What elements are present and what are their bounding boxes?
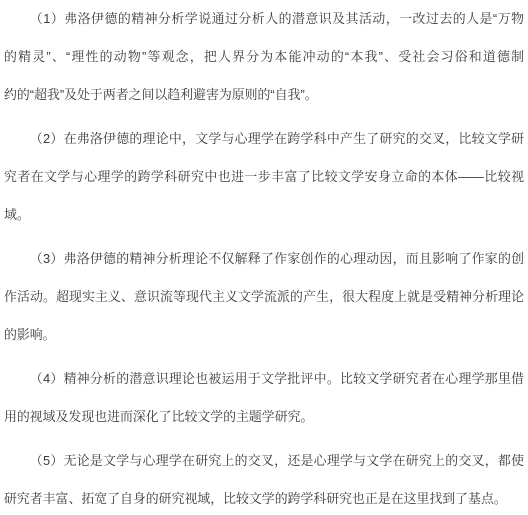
paragraph-2-line-2: 究者在文学与心理学的跨学科研究中也进一步丰富了比较文学安身立命的本体——比较视 — [4, 158, 524, 196]
paragraph-4-line-2: 用的视域及发现也进而深化了比较文学的主题学研究。 — [4, 398, 524, 436]
paragraph-2-line-1: （2）在弗洛伊德的理论中，文学与心理学在跨学科中产生了研究的交叉，比较文学研 — [4, 120, 524, 158]
paragraph-3-line-2: 作活动。超现实主义、意识流等现代主义文学流派的产生，很大程度上就是受精神分析理论 — [4, 278, 524, 316]
paragraph-5-line-2: 研究者丰富、拓宽了自身的研究视域，比较文学的跨学科研究也正是在这里找到了基点。 — [4, 480, 524, 515]
paragraph-4: （4）精神分析的潜意识理论也被运用于文学批评中。比较文学研究者在心理学那里借 用… — [4, 360, 524, 436]
paragraph-2: （2）在弗洛伊德的理论中，文学与心理学在跨学科中产生了研究的交叉，比较文学研 究… — [4, 120, 524, 234]
paragraph-3-line-3: 的影响。 — [4, 316, 524, 354]
paragraph-1-line-3: 约的“超我”及处于两者之间以趋利避害为原则的“自我”。 — [4, 76, 524, 114]
paragraph-1-line-2: 的精灵”、“理性的动物”等观念，把人界分为本能冲动的“本我”、受社会习俗和道德制 — [4, 38, 524, 76]
paragraph-5: （5）无论是文学与心理学在研究上的交叉，还是心理学与文学在研究上的交叉，都使 研… — [4, 442, 524, 515]
document-page: （1）弗洛伊德的精神分析学说通过分析人的潜意识及其活动，一改过去的人是“万物 的… — [0, 0, 528, 515]
paragraph-3-line-1: （3）弗洛伊德的精神分析理论不仅解释了作家创作的心理动因，而且影响了作家的创 — [4, 240, 524, 278]
paragraph-3: （3）弗洛伊德的精神分析理论不仅解释了作家创作的心理动因，而且影响了作家的创 作… — [4, 240, 524, 354]
paragraph-1: （1）弗洛伊德的精神分析学说通过分析人的潜意识及其活动，一改过去的人是“万物 的… — [4, 0, 524, 114]
paragraph-5-line-1: （5）无论是文学与心理学在研究上的交叉，还是心理学与文学在研究上的交叉，都使 — [4, 442, 524, 480]
paragraph-4-line-1: （4）精神分析的潜意识理论也被运用于文学批评中。比较文学研究者在心理学那里借 — [4, 360, 524, 398]
paragraph-2-line-3: 域。 — [4, 196, 524, 234]
paragraph-1-line-1: （1）弗洛伊德的精神分析学说通过分析人的潜意识及其活动，一改过去的人是“万物 — [4, 0, 524, 38]
